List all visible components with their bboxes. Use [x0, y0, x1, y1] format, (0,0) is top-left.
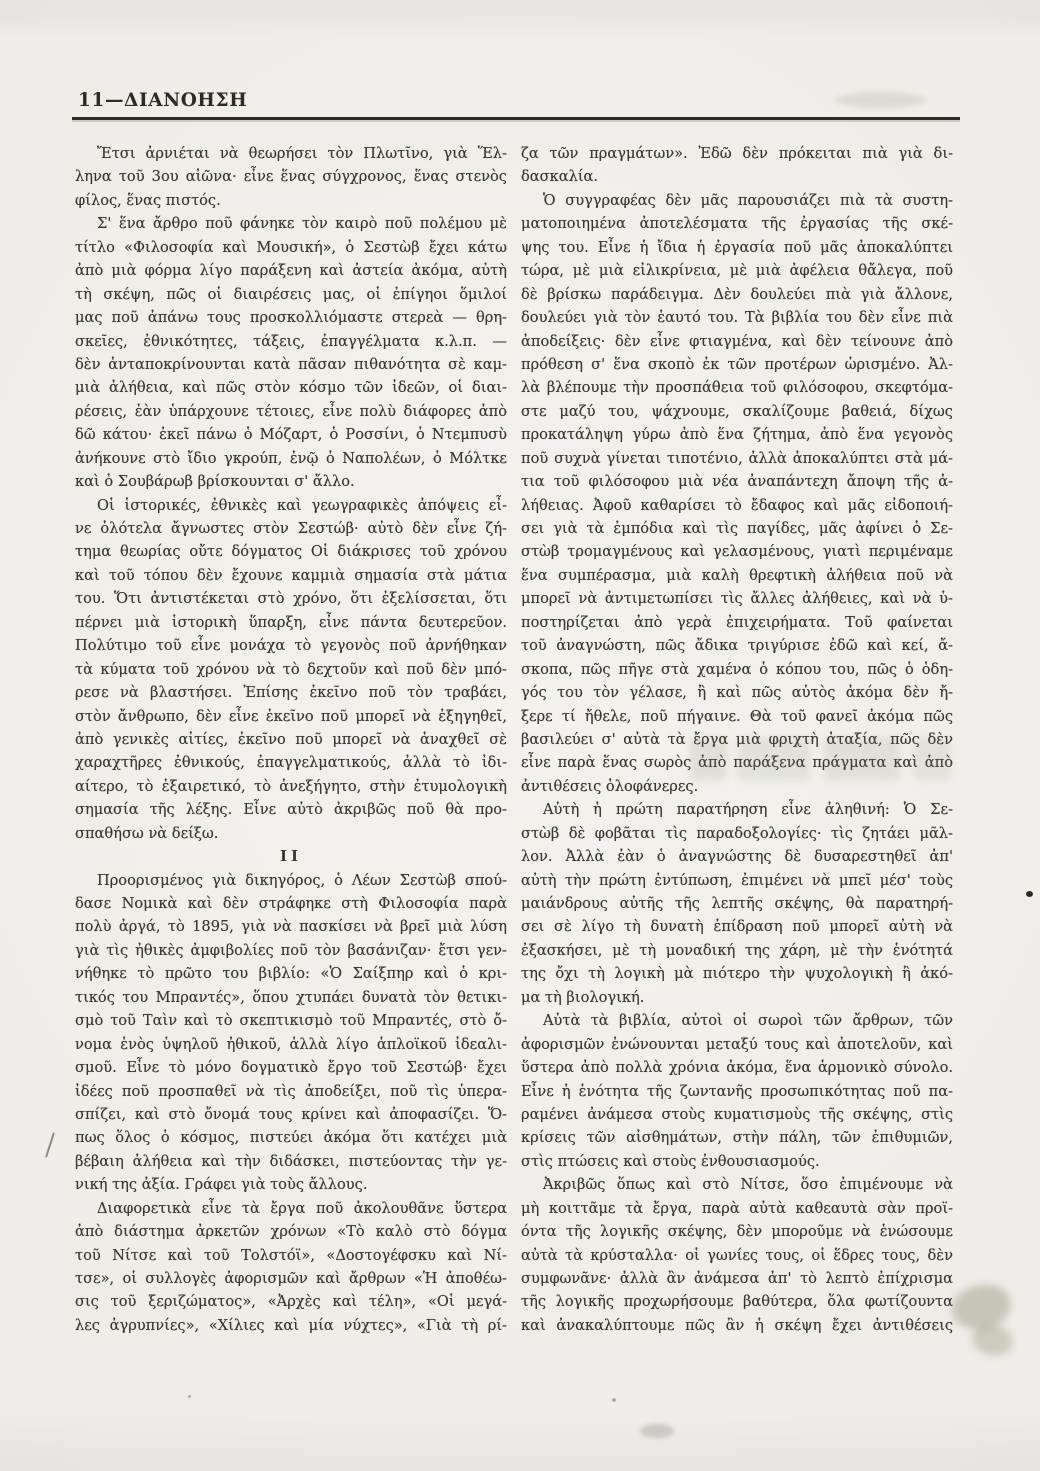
- ink-stain: [952, 1285, 1010, 1329]
- text-line: λήθειας. Ἀφοῦ καθαρίσει τὸ ἔδαφος καὶ μᾶ…: [521, 494, 953, 517]
- text-line: ζα τῶν πραγμάτων». Ἐδῶ δὲν πρόκειται πιὰ…: [521, 142, 953, 165]
- section-heading: II: [75, 845, 507, 868]
- text-line: τικός του Μπραντές», ὅπου χτυπάει δυνατὰ…: [75, 986, 507, 1009]
- text-line: καὶ ὁ Σουβάρωβ βρίσκουνται σ' ἄλλο.: [75, 470, 507, 493]
- page-show-through: [690, 738, 950, 780]
- text-line: τώρα, μὲ μιὰ εἰλικρίνεια, μὲ μιὰ ἀφέλεια…: [521, 259, 953, 282]
- text-line: στὼβ τρομαγμένους καὶ γελασμένους, γιατὶ…: [521, 540, 953, 563]
- text-line: πέρνει μιὰ ἱστορικὴ ὕπαρξη, εἶνε πάντα δ…: [75, 611, 507, 634]
- text-line: Ὁ συγγραφέας δὲν μᾶς παρουσιάζει πιὰ τὰ …: [521, 189, 953, 212]
- text-line: ὕστερα ἀπὸ πολλὰ χρόνια ἀκόμα, ἕνα ἁρμον…: [521, 1056, 953, 1079]
- text-line: ἀποδείξεις· δὲν εἶνε φτιαγμένα, καὶ δὲν …: [521, 330, 953, 353]
- text-line: ραμένει ἀνάμεσα στοὺς κυματισμοὺς τῆς σκ…: [521, 1103, 953, 1126]
- scanned-page: 11—ΔΙΑΝΟΗΣΗ Ἔτσι ἀρνιέται νὰ θεωρήσει τὸ…: [0, 0, 1040, 1471]
- print-smudge: [836, 92, 926, 108]
- text-line: μιὰ ἀλήθεια, καὶ πῶς στὸν κόσμο τῶν ἰδεῶ…: [75, 376, 507, 399]
- text-line: σμοῦ. Εἶνε τὸ μόνο δογματικὸ ἔργο τοῦ Σε…: [75, 1056, 507, 1079]
- text-line: τσε», οἱ συλλογὲς ἀφορισμῶν καὶ ἄρθρων «…: [75, 1267, 507, 1290]
- text-line: τοῦ ἀναγνώστη, πῶς ἄδικα τριγύρισε ἐδῶ κ…: [521, 634, 953, 657]
- text-line: ἀνήκουνε στὸ ἴδιο γκρούπ, ἐνῷ ὁ Ναπολέων…: [75, 447, 507, 470]
- text-line: στὸν ἄνθρωπο, δὲν εἶνε ἐκεῖνο ποῦ μπορεῖ…: [75, 705, 507, 728]
- text-line: ἀπὸ μιὰ φόρμα λίγο παράξενη καὶ ἀστεία ἀ…: [75, 259, 507, 282]
- text-line: ρεσε νὰ βλαστήσει. Ἐπίσης ἐκεῖνο ποῦ τὸν…: [75, 681, 507, 704]
- margin-pencil-mark: [45, 1132, 55, 1157]
- text-line: συμφωνᾶνε· ἀλλὰ ἂν ἀνάμεσα ἀπ' τὸ λεπτὸ …: [521, 1267, 953, 1290]
- text-line: σκεῖες, ἐθνικότητες, τάξεις, ἐπαγγέλματα…: [75, 330, 507, 353]
- text-line: του. Ὅτι ἀντιστέκεται στὸ χρόνο, ὅτι ἐξε…: [75, 587, 507, 610]
- text-line: τια τοῦ φιλόσοφου μιὰ νέα ἀναπάντεχη ἄπο…: [521, 470, 953, 493]
- text-line: σκοπα, πῶς πῆγε στὰ χαμένα ὁ κόπου του, …: [521, 658, 953, 681]
- text-line: καὶ τοῦ τόπου δὲν ἔχουνε καμμιὰ σημασία …: [75, 564, 507, 587]
- text-line: Ἔτσι ἀρνιέται νὰ θεωρήσει τὸν Πλωτῖνο, γ…: [75, 142, 507, 165]
- text-line: όντα τῆς λογικῆς σκέψης, δὲν μποροῦμε νὰ…: [521, 1220, 953, 1243]
- text-line: τίτλο «Φιλοσοφία καὶ Μουσική», ὁ Σεστὼβ …: [75, 236, 507, 259]
- text-line: ἐξασκήσει, μὲ τὴ μοναδική της χάρη, μὲ τ…: [521, 939, 953, 962]
- text-line: ποστηρίζεται ἀπὸ γερὰ ἐπιχειρήματα. Τοῦ …: [521, 611, 953, 634]
- text-line: ἕνα συμπέρασμα, μιὰ καλὴ θρεφτικὴ ἀλήθει…: [521, 564, 953, 587]
- ink-stain: [972, 1325, 1012, 1355]
- text-line: μαιάνδρους αὐτῆς τῆς λεπτῆς σκέψης, θὰ π…: [521, 892, 953, 915]
- text-line: μα τὴ βιολογική.: [521, 986, 953, 1009]
- text-line: δὲ βρίσκω παράδειγμα. Δὲν δουλεύει πιὰ γ…: [521, 283, 953, 306]
- text-line: τοῦ Νίτσε καὶ τοῦ Τολστόϊ», «Δοστογέφσκυ…: [75, 1244, 507, 1267]
- text-line: ληνα τοῦ 3ου αἰῶνα· εἶνε ἕνας σύγχρονος,…: [75, 165, 507, 188]
- text-line: χαραχτῆρες ἐθνικούς, ἐπαγγελματικούς, ἀλ…: [75, 751, 507, 774]
- text-line: μας ποῦ ἀπάνω τους προσκολλιόμαστε στερε…: [75, 306, 507, 329]
- text-line: Διαφορετικὰ εἶνε τὰ ἔργα ποῦ ἀκολουθᾶνε …: [75, 1197, 507, 1220]
- text-line: τῆς λογικῆς προχωρήσουμε βαθύτερα, ὅλα φ…: [521, 1290, 953, 1313]
- text-line: μὴ κοιττᾶμε τὰ ἔργα, παρὰ αὐτὰ καθεαυτὰ …: [521, 1197, 953, 1220]
- text-line: ποῦ συχνὰ γίνεται τιποτένιο, ἀλλὰ ἀποκαλ…: [521, 447, 953, 470]
- text-line: στὶς πτώσεις καὶ στοὺς ἐνθουσιασμούς.: [521, 1150, 953, 1173]
- text-line: σις τοῦ ξεριζώματος», «Ἀρχὲς καὶ τέλη», …: [75, 1290, 507, 1313]
- text-line: δουλεύει γιὰ τὸν ἑαυτό του. Τὰ βιβλία το…: [521, 306, 953, 329]
- paper-speck: [612, 1398, 616, 1402]
- text-line: καὶ ἀνακαλύπτουμε πῶς ἂν ἡ σκέψη ἔχει ἀν…: [521, 1314, 953, 1337]
- text-line: λες ἀγρυπνίες», «Χίλιες καὶ μία νύχτες»,…: [75, 1314, 507, 1337]
- text-line: Ἀκριβῶς ὅπως καὶ στὸ Νίτσε, ὅσο ἐπιμένου…: [521, 1173, 953, 1196]
- text-line: σπαθήσω νὰ δείξω.: [75, 822, 507, 845]
- text-line: προκατάληψη γύρω ἀπὸ ἕνα ζήτημα, ἀπὸ ἕνα…: [521, 423, 953, 446]
- text-line: στὼβ δὲ φοβᾶται τὶς παραδοξολογίες· τὶς …: [521, 822, 953, 845]
- text-line: αὐτὴ τὴν πρώτη ἐντύπωση, ἐπιμένει νὰ μπε…: [521, 869, 953, 892]
- text-line: μπορεῖ νὰ ἀντιμετωπίσει τὶς ἄλλες ἀλήθει…: [521, 587, 953, 610]
- text-line: φίλος, ἕνας πιστός.: [75, 189, 507, 212]
- text-line: Πολύτιμο τοῦ εἶνε μονάχα τὸ γεγονὸς ποῦ …: [75, 634, 507, 657]
- text-line: σει σὲ λίγο τὴ δυνατὴ ἐπίδραση ποῦ μπορε…: [521, 915, 953, 938]
- text-line: της ὄχι τὴ λογικὴ μὰ πιότερο τὴν ψυχολογ…: [521, 962, 953, 985]
- text-line: πως ὅλος ὁ κόσμος, πιστεύει ἀκόμα ὅτι κα…: [75, 1126, 507, 1149]
- text-line: αίτερο, τὸ ἐξαιρετικό, τὸ ἀνεξήγητο, στὴ…: [75, 775, 507, 798]
- text-line: σμὸ τοῦ Ταὶν καὶ τὸ σκεπτικισμὸ τοῦ Μπρα…: [75, 1009, 507, 1032]
- text-line: δασε Νομικὰ καὶ δὲν στράφηκε στὴ Φιλοσοφ…: [75, 892, 507, 915]
- text-line: Αὐτὰ τὰ βιβλία, αὐτοὶ οἱ σωροὶ τῶν ἄρθρω…: [521, 1009, 953, 1032]
- text-line: Σ' ἕνα ἄρθρο ποῦ φάνηκε τὸν καιρὸ ποῦ πο…: [75, 212, 507, 235]
- text-line: Εἶνε ἡ ἑνότητα τῆς ζωντανῆς προσωπικότητ…: [521, 1080, 953, 1103]
- text-line: ξερε τί ἤθελε, ποῦ πήγαινε. Θὰ τοῦ φανεῖ…: [521, 705, 953, 728]
- text-line: δῶ κάτου· ἐκεῖ πάνω ὁ Μόζαρτ, ὁ Ροσσίνι,…: [75, 423, 507, 446]
- text-line: γός του τὸν γέλασε, ἢ καὶ πῶς αὐτὸς ἀκόμ…: [521, 681, 953, 704]
- text-line: νήθηκε τὸ πρῶτο του βιβλίο: «Ὁ Σαίξπηρ κ…: [75, 962, 507, 985]
- paper-speck: [188, 1395, 191, 1398]
- text-line: νική της ἀξία. Γράφει γιὰ τοὺς ἄλλους.: [75, 1173, 507, 1196]
- text-line: βέβαιη ἀλήθεια καὶ τὴν διδάσκει, πιστεύο…: [75, 1150, 507, 1173]
- text-line: ματοποιημένα ἀποτελέσματα τῆς ἐργασίας τ…: [521, 212, 953, 235]
- text-line: δασκαλία.: [521, 165, 953, 188]
- text-line: Προορισμένος γιὰ δικηγόρος, ὁ Λέων Σεστὼ…: [75, 869, 507, 892]
- text-line: ἀφορισμῶν ἑνώνουνται μεταξύ τους καὶ ἀπο…: [521, 1033, 953, 1056]
- text-line: σημασία τῆς λέξης. Εἶνε αὐτὸ ἀκριβῶς ποῦ…: [75, 798, 507, 821]
- text-line: σπίζει, καὶ στὸ ὄνομά τους κρίνει καὶ ἀπ…: [75, 1103, 507, 1126]
- text-line: νομα ἑνὸς ὑψηλοῦ ἠθικοῦ, ἀλλὰ λίγο ἁπλοϊ…: [75, 1033, 507, 1056]
- left-column: Ἔτσι ἀρνιέται νὰ θεωρήσει τὸν Πλωτῖνο, γ…: [75, 142, 507, 1337]
- text-line: δὲν ἀνταποκρίνουνται κατὰ πᾶσαν πιθανότη…: [75, 353, 507, 376]
- text-line: Οἱ ἱστορικές, ἐθνικὲς καὶ γεωγραφικὲς ἀπ…: [75, 494, 507, 517]
- text-line: γιὰ τὶς ἠθικὲς ἀμφιβολίες ποῦ τὸν βασάνι…: [75, 939, 507, 962]
- text-line: ἀπὸ γενικὲς αἰτίες, ἐκεῖνο ποῦ μπορεῖ νὰ…: [75, 728, 507, 751]
- text-line: πρόθεση σ' ἕνα σκοπὸ ἐκ τῶν προτέρων ὡρι…: [521, 353, 953, 376]
- text-line: στε μαζύ του, ψάχνουμε, σκαλίζουμε βαθει…: [521, 400, 953, 423]
- header-rule: [72, 117, 960, 120]
- text-line: ψης του. Εἶνε ἡ ἴδια ἡ ἐργασία ποῦ μᾶς ἀ…: [521, 236, 953, 259]
- text-line: λον. Ἀλλὰ ἐὰν ὁ ἀναγνώστης δὲ δυσαρεστηθ…: [521, 845, 953, 868]
- text-line: κρίσεις τῶν αἰσθημάτων, στὴν πάλη, τῶν ἐ…: [521, 1126, 953, 1149]
- text-line: ἀπὸ διάστημα ἀρκετῶν χρόνων «Τὸ καλὸ στὸ…: [75, 1220, 507, 1243]
- text-line: πολὺ ἀργά, τὸ 1895, γιὰ νὰ πασκίσει νὰ β…: [75, 915, 507, 938]
- text-line: νε ὁλότελα ἄγνωστες στὸν Σεστώβ· αὐτὸ δὲ…: [75, 517, 507, 540]
- text-line: Αὐτὴ ἡ πρώτη παρατήρηση εἶνε ἀληθινή: Ὁ …: [521, 798, 953, 821]
- text-line: τὰ κύματα τοῦ χρόνου νὰ τὸ δεχτοῦν καὶ π…: [75, 658, 507, 681]
- text-line: τημα θεωρίας οὔτε δόγματος Οἱ διάκρισες …: [75, 540, 507, 563]
- text-line: ρέσεις, ἐὰν ὑπάρχουνε τέτοιες, εἶνε πολὺ…: [75, 400, 507, 423]
- ink-dot: [1026, 891, 1033, 897]
- text-line: αὐτὰ τὰ κρύσταλλα· οἱ γωνίες τους, οἱ ἕδ…: [521, 1244, 953, 1267]
- text-line: λὰ βλέπουμε τὴν προσπάθεια τοῦ φιλόσοφου…: [521, 376, 953, 399]
- text-line: τὴ σκέψη, πῶς οἱ διαιρέσεις μας, οἱ ἐπίγ…: [75, 283, 507, 306]
- text-line: σει γιὰ τὰ ἐμπόδια καὶ τὶς παγίδες, μᾶς …: [521, 517, 953, 540]
- ink-stain: [640, 1424, 674, 1438]
- page-title: 11—ΔΙΑΝΟΗΣΗ: [78, 90, 247, 111]
- text-line: ἰδέες ποῦ προσπαθεῖ νὰ τὶς ἀποδείξει, πο…: [75, 1080, 507, 1103]
